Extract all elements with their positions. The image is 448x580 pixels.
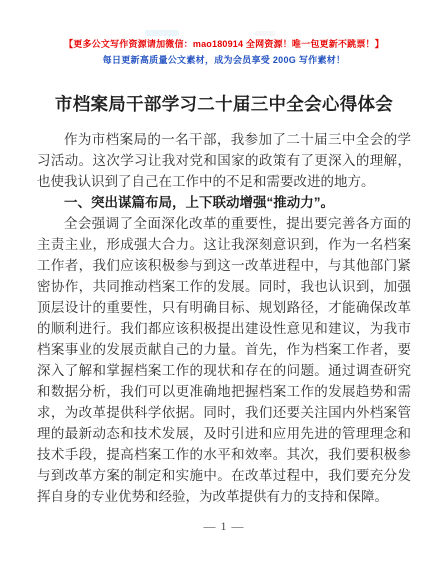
document-page: 【更多公文写作资源请加微信：mao180914 全网资源！唯一包更新不跳票！】 … (0, 0, 448, 580)
scan-artifact (255, 31, 275, 36)
intro-paragraph: 作为市档案局的一名干部，我参加了二十届三中全会的学习活动。这次学习让我对党和国家… (37, 129, 411, 192)
section-heading: 一、突出谋篇布局，上下联动增强“推动力”。 (37, 192, 411, 213)
promo-banner-line1: 【更多公文写作资源请加微信：mao180914 全网资源！唯一包更新不跳票！】 (0, 38, 448, 50)
document-body: 作为市档案局的一名干部，我参加了二十届三中全会的学习活动。这次学习让我对党和国家… (37, 129, 411, 507)
page-number: — 1 — (0, 519, 448, 534)
body-paragraph: 全会强调了全面深化改革的重要性，提出要完善各方面的主责主业，形成强大合力。这让我… (37, 213, 411, 507)
scan-artifact (145, 30, 179, 36)
document-title: 市档案局干部学习二十届三中全会心得体会 (0, 92, 448, 116)
promo-banner: 【更多公文写作资源请加微信：mao180914 全网资源！唯一包更新不跳票！】 … (0, 0, 448, 66)
promo-banner-line2: 每日更新高质量公文素材，成为会员享受 200G 写作素材！ (0, 54, 448, 66)
